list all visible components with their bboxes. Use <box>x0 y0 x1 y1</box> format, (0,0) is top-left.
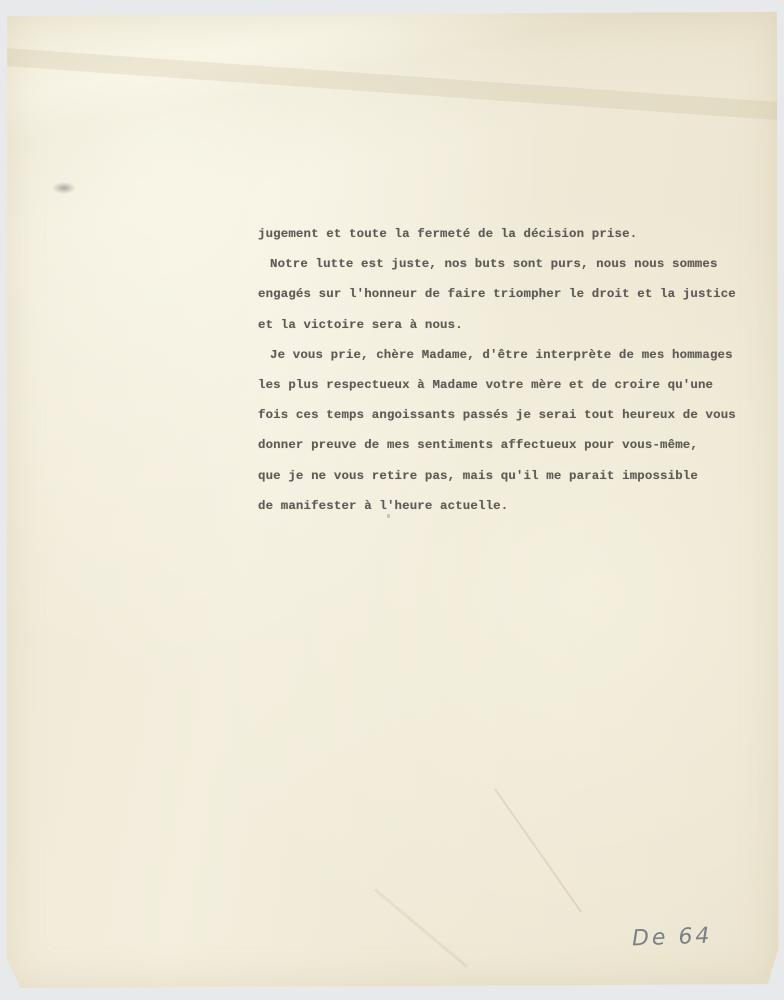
text-line: Je vous prie, chère Madame, d'être inter… <box>258 346 768 376</box>
paper-crease <box>374 888 468 967</box>
text-line: et la victoire sera à nous. <box>258 316 768 346</box>
letter-body: jugement et toute la fermeté de la décis… <box>258 225 768 527</box>
paper-crease <box>4 48 783 120</box>
text-line: que je ne vous retire pas, mais qu'il me… <box>258 467 768 497</box>
archive-annotation: De 64 <box>632 924 713 952</box>
ink-dot <box>387 514 390 518</box>
text-line: engagés sur l'honneur de faire triompher… <box>258 285 768 315</box>
text-line: donner preuve de mes sentiments affectue… <box>258 436 768 466</box>
text-line: jugement et toute la fermeté de la décis… <box>258 225 768 255</box>
text-line: fois ces temps angoissants passés je ser… <box>258 406 768 436</box>
ink-smudge <box>52 182 76 194</box>
scanned-page: jugement et toute la fermeté de la décis… <box>0 0 784 1000</box>
text-line: Notre lutte est juste, nos buts sont pur… <box>258 255 768 285</box>
text-line: de manifester à l'heure actuelle. <box>258 497 768 527</box>
paper-crease <box>494 788 582 912</box>
text-line: les plus respectueux à Madame votre mère… <box>258 376 768 406</box>
